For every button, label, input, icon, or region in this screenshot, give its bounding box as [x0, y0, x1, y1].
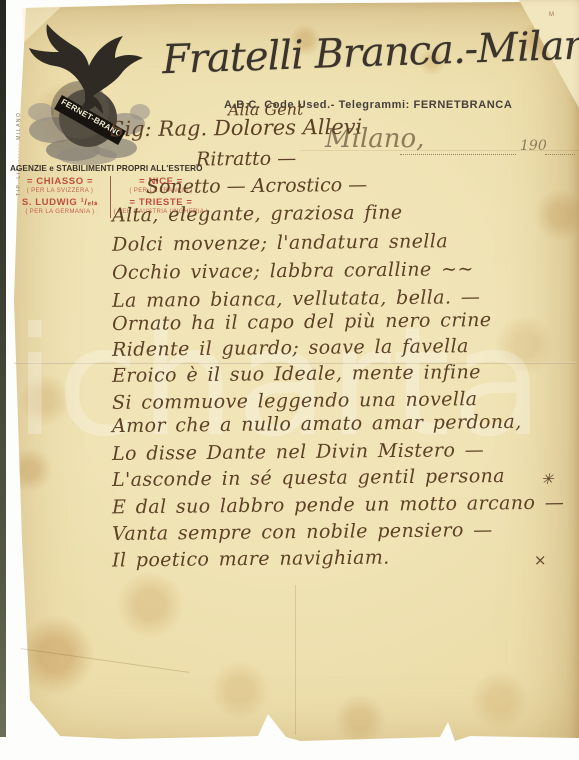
agency-note: ( PER LA SVIZZERA ): [10, 188, 110, 194]
agency-city: = CHIASSO =: [10, 176, 110, 187]
agency-city: S. LUDWIG ¹/ₑₗₛ: [10, 197, 110, 208]
poem-line: Il poetico mare navighiam.: [112, 547, 390, 572]
poem-line: Occhio vivace; labbra coralline ~~: [112, 258, 474, 284]
preprinted-year-prefix: 190: [520, 138, 547, 154]
poem-line: Eroico è il suo Ideale, mente infine: [112, 361, 481, 387]
corner-inventory-mark: M: [549, 12, 554, 18]
end-cross-mark: ×: [534, 551, 547, 569]
poem-line: Alta, elegante, graziosa fine: [112, 201, 403, 226]
scanner-edge-strip: [0, 0, 6, 737]
poem-line: Dolci movenze; l'andatura snella: [112, 230, 448, 256]
poem-line: La mano bianca, vellutata, bella. —: [112, 286, 480, 312]
margin-asterisk-mark: ✳: [541, 470, 554, 488]
poem-line: Si commuove leggendo una novella: [112, 388, 478, 414]
poem-line: Amor che a nullo amato amar perdona,: [112, 411, 522, 437]
agencies-column-left: = CHIASSO = ( PER LA SVIZZERA ) S. LUDWI…: [10, 176, 110, 218]
handwritten-subject-ritratto: Ritratto —: [196, 147, 296, 170]
eagle-globe-logo: FERNET-BRANCA: [25, 22, 150, 167]
scanned-letter: icharta FERNET-BRANCA Fratelli Branca.-M…: [0, 0, 579, 760]
date-rule: [400, 154, 516, 155]
eagle-head: [68, 56, 76, 64]
handwritten-subject-sonetto: Sonetto — Acrostico —: [146, 174, 367, 198]
agency-note: ( PER LA GERMANIA ): [10, 209, 110, 215]
poem-line: Ridente il guardo; soave la favella: [112, 335, 469, 361]
poem-line: Ornato ha il capo del più nero crine: [112, 309, 492, 335]
poem-line: L'asconde in sé questa gentil persona: [112, 465, 505, 491]
poem-line: Vanta sempre con nobile pensiero —: [112, 519, 493, 545]
vertical-crease: [295, 585, 296, 735]
handwritten-addressee: Sig: Rag. Dolores Allevi: [110, 115, 363, 142]
date-rule-short: [545, 154, 575, 155]
poem-line: Lo disse Dante nel Divin Mistero —: [112, 439, 484, 465]
agencies-heading: AGENZIE e STABILIMENTI PROPRI ALL'ESTERO: [10, 163, 204, 173]
eagle-icon: [29, 24, 143, 114]
